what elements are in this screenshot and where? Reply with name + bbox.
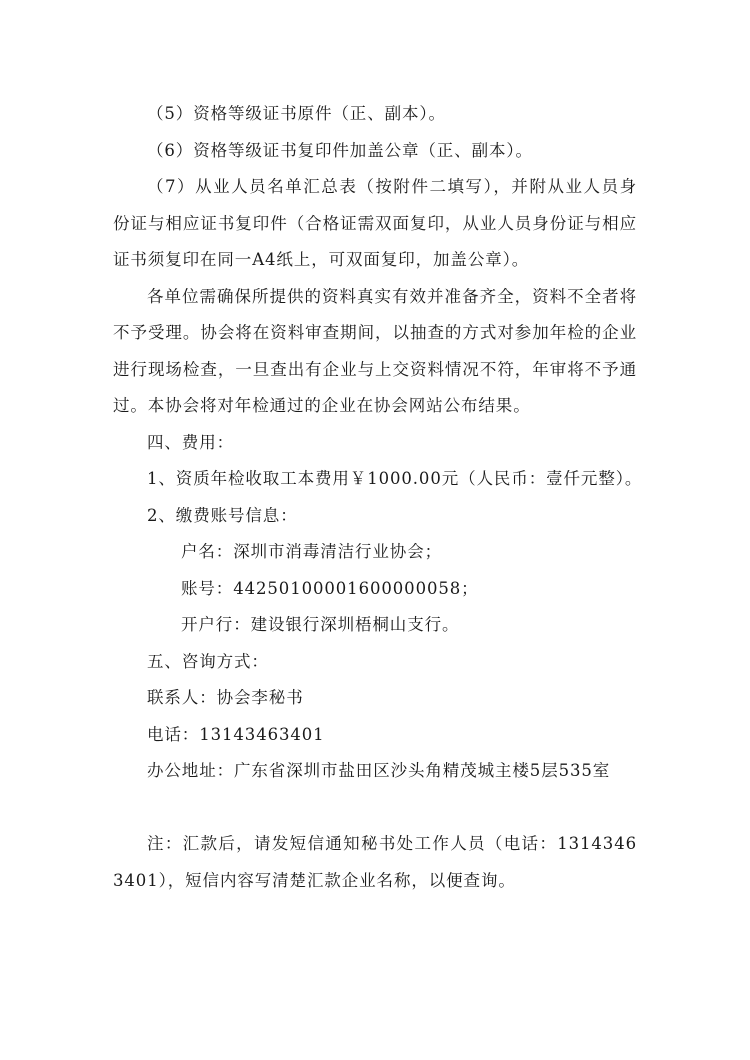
office-address: 办公地址：广东省深圳市盐田区沙头角精茂城主楼5层535室: [113, 753, 637, 790]
bank-branch: 开户行：建设银行深圳梧桐山支行。: [113, 607, 637, 644]
account-heading: 2、缴费账号信息：: [113, 498, 637, 535]
fees-heading: 四、费用：: [113, 425, 637, 462]
notice-paragraph: 各单位需确保所提供的资料真实有效并准备齐全，资料不全者将不予受理。协会将在资料审…: [113, 279, 637, 425]
requirement-item-6: （6）资格等级证书复印件加盖公章（正、副本）。: [113, 133, 637, 170]
blank-line: [113, 790, 637, 827]
document-page: （5）资格等级证书原件（正、副本）。 （6）资格等级证书复印件加盖公章（正、副本…: [113, 96, 637, 899]
remittance-note: 注：汇款后，请发短信通知秘书处工作人员（电话：13143463401），短信内容…: [113, 826, 637, 899]
contact-person: 联系人：协会李秘书: [113, 680, 637, 717]
requirement-item-5: （5）资格等级证书原件（正、副本）。: [113, 96, 637, 133]
contact-phone: 电话：13143463401: [113, 717, 637, 754]
account-name: 户名：深圳市消毒清洁行业协会；: [113, 534, 637, 571]
requirement-item-7: （7）从业人员名单汇总表（按附件二填写），并附从业人员身份证与相应证书复印件（合…: [113, 169, 637, 279]
contact-heading: 五、咨询方式：: [113, 644, 637, 681]
account-number: 账号：44250100001600000058；: [113, 571, 637, 608]
fee-item: 1、资质年检收取工本费用￥1000.00元（人民币：壹仟元整）。: [113, 461, 637, 498]
